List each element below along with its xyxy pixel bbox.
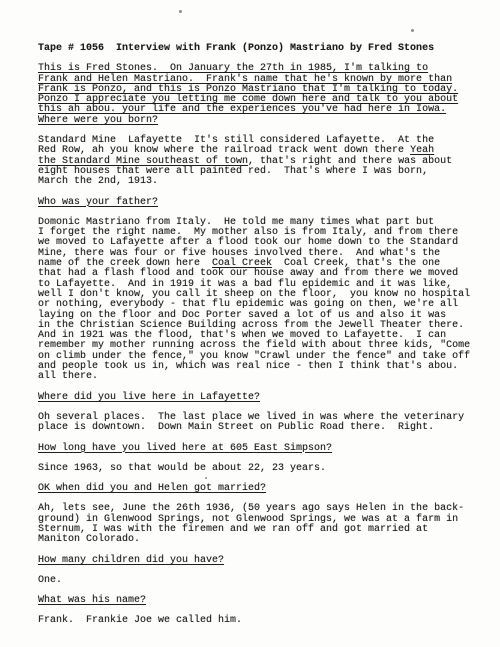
underlined-text: OK when did you and Helen got married? — [38, 483, 266, 494]
underlined-text: Who was your father? — [38, 197, 158, 208]
scan-speck — [411, 29, 414, 32]
answer-paragraph: Frank. Frankie Joe we called him. — [38, 616, 488, 626]
answer-paragraph: Standard Mine Lafayette It's still consi… — [38, 136, 488, 187]
answer-paragraph: Oh several places. The last place we liv… — [38, 413, 488, 434]
scanned-document-page: Tape # 1056 Interview with Frank (Ponzo)… — [0, 0, 500, 647]
answer-paragraph: One. — [38, 576, 488, 586]
plain-text: Standard Mine Lafayette It's still consi… — [38, 135, 434, 156]
answer-paragraph: Domonic Mastriano from Italy. He told me… — [38, 218, 488, 383]
transcript-content: Tape # 1056 Interview with Frank (Ponzo)… — [38, 44, 488, 637]
plain-text: Since 1963, so that would be about 22, 2… — [38, 463, 326, 474]
underlined-text: This is Fred Stones. On January the 27th… — [38, 63, 458, 125]
question-paragraph: OK when did you and Helen got married? — [38, 484, 488, 494]
plain-text: Frank. Frankie Joe we called him. — [38, 615, 242, 626]
underlined-text: Where did you live here in Lafayette? — [38, 392, 260, 403]
question-paragraph: Where did you live here in Lafayette? — [38, 393, 488, 403]
question-paragraph: Who was your father? — [38, 198, 488, 208]
transcript-body: This is Fred Stones. On January the 27th… — [38, 64, 488, 626]
document-title: Tape # 1056 Interview with Frank (Ponzo)… — [38, 44, 488, 54]
underlined-text: How long have you lived here at 605 East… — [38, 443, 332, 454]
plain-text: One. — [38, 575, 62, 586]
question-paragraph: What was his name? — [38, 596, 488, 606]
plain-text: Oh several places. The last place we liv… — [38, 412, 464, 433]
plain-text: Coal Creek, that's the one that had a fl… — [38, 258, 470, 382]
question-paragraph: How long have you lived here at 605 East… — [38, 444, 488, 454]
underlined-text: How many children did you have? — [38, 555, 224, 566]
plain-text: Ah, lets see, June the 26th 1936, (50 ye… — [38, 503, 464, 545]
answer-paragraph: Since 1963, so that would be about 22, 2… — [38, 464, 488, 474]
scan-speck — [179, 10, 182, 13]
answer-paragraph: Ah, lets see, June the 26th 1936, (50 ye… — [38, 504, 488, 545]
underlined-text: What was his name? — [38, 595, 146, 606]
question-paragraph: This is Fred Stones. On January the 27th… — [38, 64, 488, 126]
question-paragraph: How many children did you have? — [38, 556, 488, 566]
